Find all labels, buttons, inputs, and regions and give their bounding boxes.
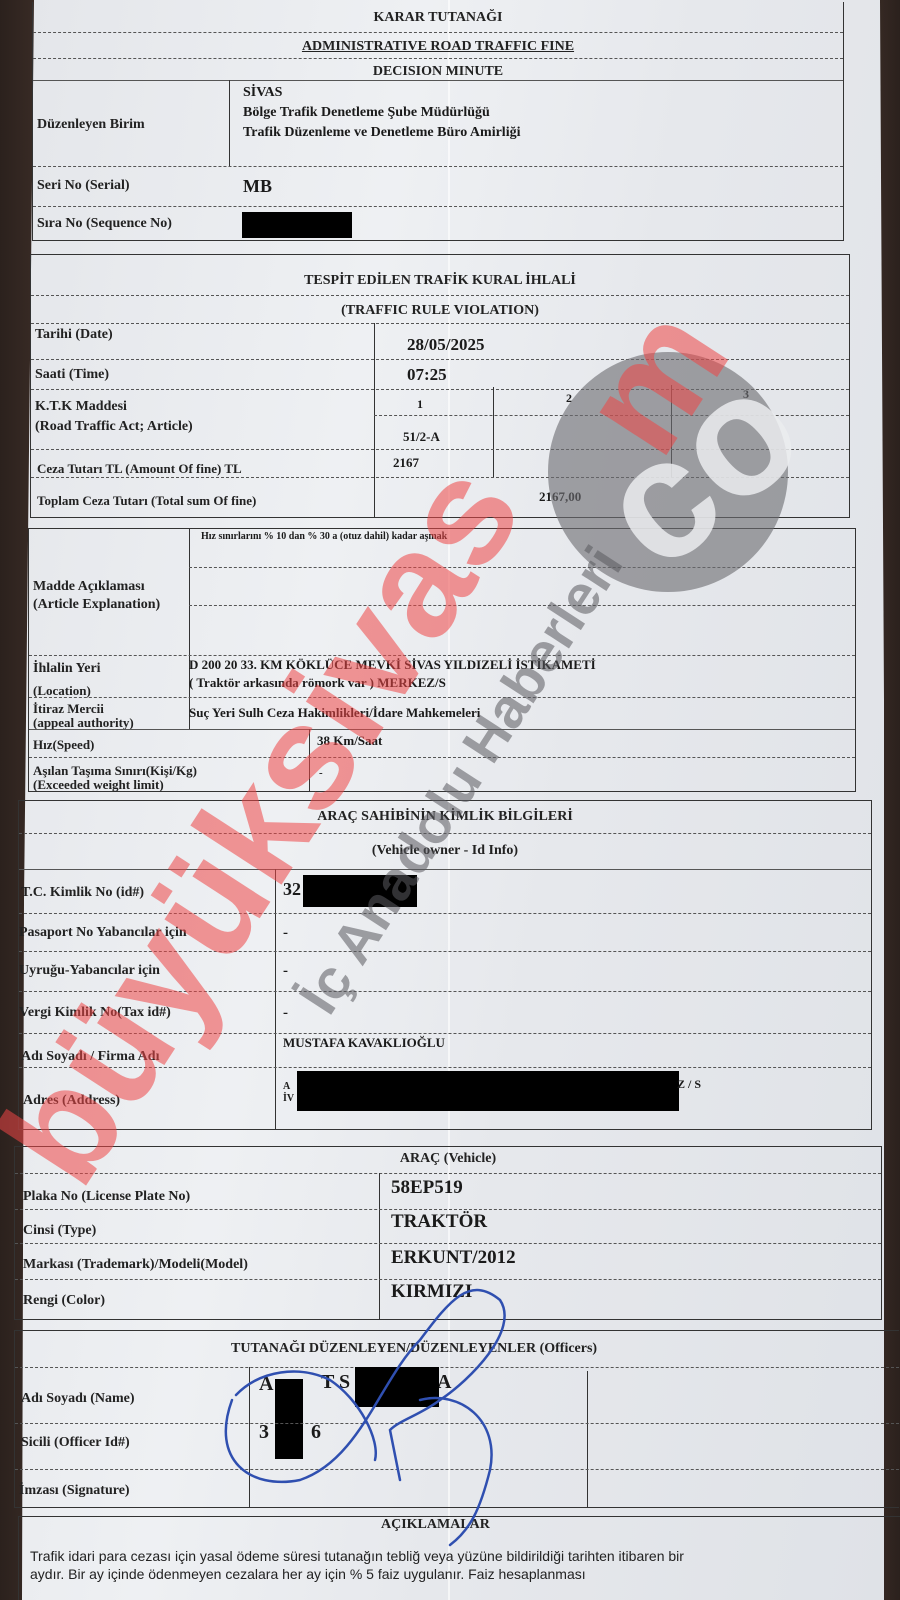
signature-scribble-icon <box>0 0 900 1600</box>
